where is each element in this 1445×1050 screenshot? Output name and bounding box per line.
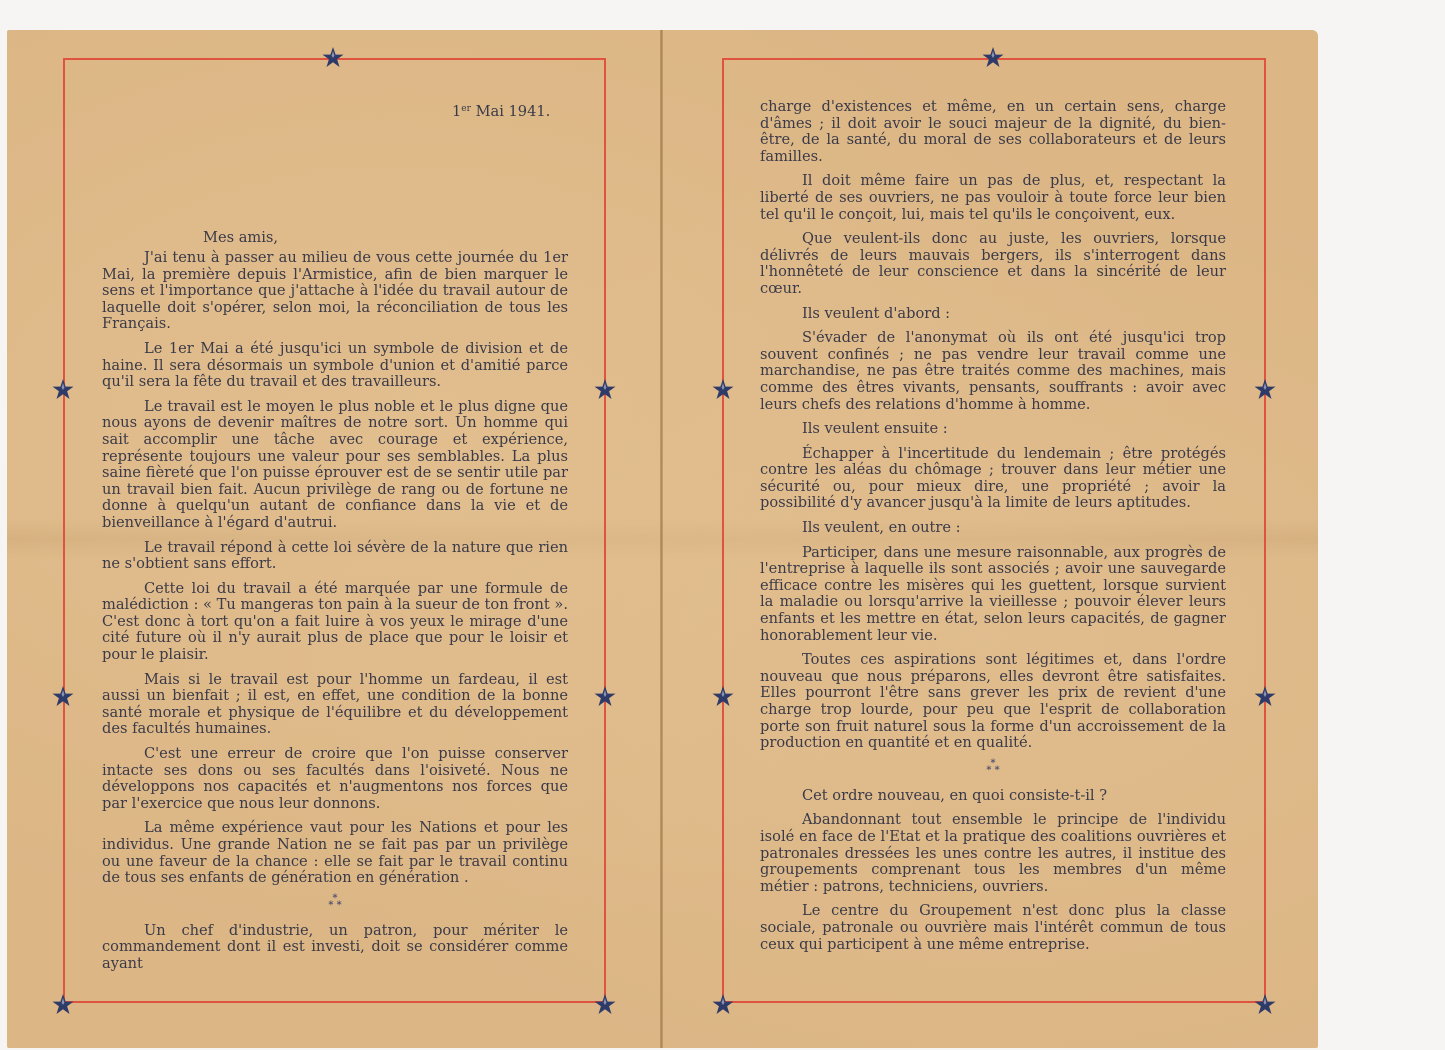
star-icon (51, 685, 75, 709)
paragraph: Ils veulent ensuite : (760, 421, 1226, 438)
star-icon (981, 46, 1005, 70)
asterism: * * * (102, 895, 568, 909)
star-icon (51, 993, 75, 1017)
asterism: * * * (760, 760, 1226, 774)
paragraph: Ils veulent d'abord : (760, 306, 1226, 323)
paragraph-continued: charge d'existences et même, en un certa… (760, 99, 1226, 165)
star-icon (321, 46, 345, 70)
star-icon (711, 993, 735, 1017)
star-icon (593, 685, 617, 709)
right-page-body: charge d'existences et même, en un certa… (760, 99, 1226, 961)
paragraph: Le travail répond à cette loi sévère de … (102, 540, 568, 573)
paragraph: Mais si le travail est pour l'homme un f… (102, 672, 568, 738)
paragraph: La même expérience vaut pour les Nations… (102, 820, 568, 886)
left-page-body: J'ai tenu à passer au milieu de vous cet… (102, 250, 568, 981)
paragraph: Il doit même faire un pas de plus, et, r… (760, 173, 1226, 223)
star-icon (1253, 993, 1277, 1017)
section-question: Cet ordre nouveau, en quoi consiste-t-il… (760, 788, 1226, 805)
star-icon (1253, 685, 1277, 709)
greeting: Mes amis, (203, 229, 278, 246)
paragraph: Que veulent-ils donc au juste, les ouvri… (760, 231, 1226, 297)
page-fold (660, 30, 663, 1048)
star-icon (51, 378, 75, 402)
paragraph: C'est une erreur de croire que l'on puis… (102, 746, 568, 812)
star-icon (593, 378, 617, 402)
document-date: 1er Mai 1941. (452, 103, 550, 120)
star-icon (711, 685, 735, 709)
paragraph: Le travail est le moyen le plus noble et… (102, 399, 568, 532)
star-icon (1253, 378, 1277, 402)
paragraph: J'ai tenu à passer au milieu de vous cet… (102, 250, 568, 333)
paragraph: Le 1er Mai a été jusqu'ici un symbole de… (102, 341, 568, 391)
paragraph: Abandonnant tout ensemble le principe de… (760, 812, 1226, 895)
star-icon (711, 378, 735, 402)
paragraph: Le centre du Groupement n'est donc plus … (760, 903, 1226, 953)
paragraph: S'évader de l'anonymat où ils ont été ju… (760, 330, 1226, 413)
paragraph: Cette loi du travail a été marquée par u… (102, 581, 568, 664)
paragraph: Participer, dans une mesure raisonnable,… (760, 545, 1226, 645)
paragraph: Ils veulent, en outre : (760, 520, 1226, 537)
star-icon (593, 993, 617, 1017)
paragraph: Un chef d'industrie, un patron, pour mér… (102, 923, 568, 973)
paragraph: Échapper à l'incertitude du lendemain ; … (760, 446, 1226, 512)
paragraph: Toutes ces aspirations sont légitimes et… (760, 652, 1226, 752)
